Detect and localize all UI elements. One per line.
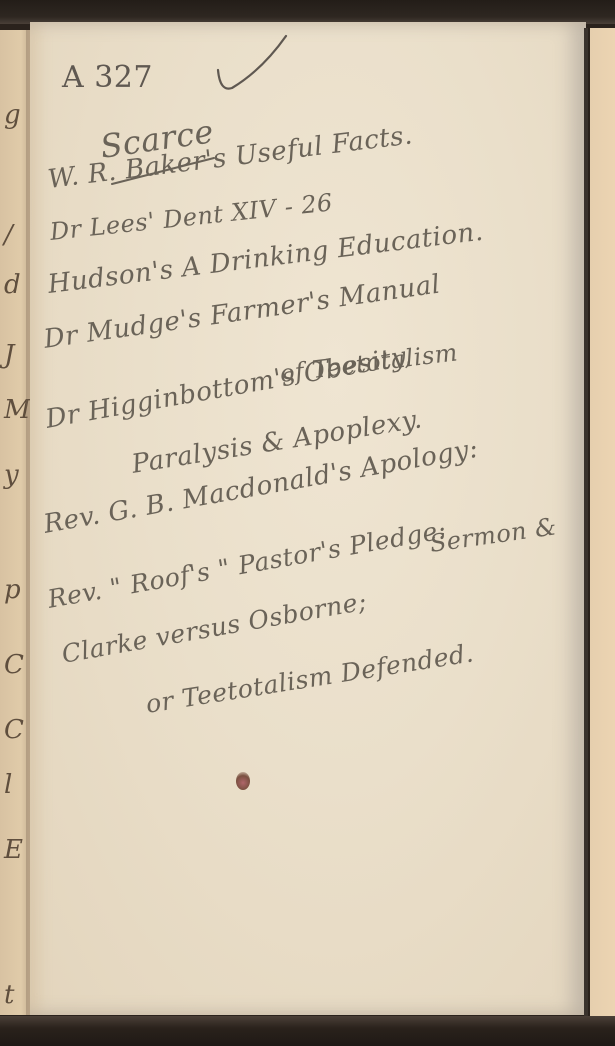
ink-spot bbox=[236, 772, 250, 790]
margin-fragment: g bbox=[4, 100, 21, 130]
margin-fragment: d bbox=[4, 270, 21, 300]
margin-fragment: y bbox=[4, 460, 19, 490]
book-cover-top-edge bbox=[0, 0, 615, 24]
book-cover-bottom-edge bbox=[0, 1016, 615, 1046]
margin-fragment: C bbox=[4, 650, 24, 680]
margin-fragment: t bbox=[4, 980, 14, 1010]
checkmark-icon bbox=[212, 30, 292, 100]
margin-fragment: C bbox=[4, 715, 24, 745]
margin-fragment: p bbox=[4, 575, 21, 605]
margin-fragment: J bbox=[4, 340, 14, 370]
next-page-edge bbox=[590, 28, 615, 1018]
margin-fragment: / bbox=[4, 220, 13, 250]
margin-fragment: E bbox=[4, 835, 23, 865]
catalog-number: A 327 bbox=[62, 60, 153, 95]
scanned-page: g / d J M y p C C l E t A 327 Scarce W. … bbox=[0, 0, 615, 1046]
page-gutter-line bbox=[584, 28, 588, 1018]
margin-fragment: l bbox=[4, 770, 12, 800]
